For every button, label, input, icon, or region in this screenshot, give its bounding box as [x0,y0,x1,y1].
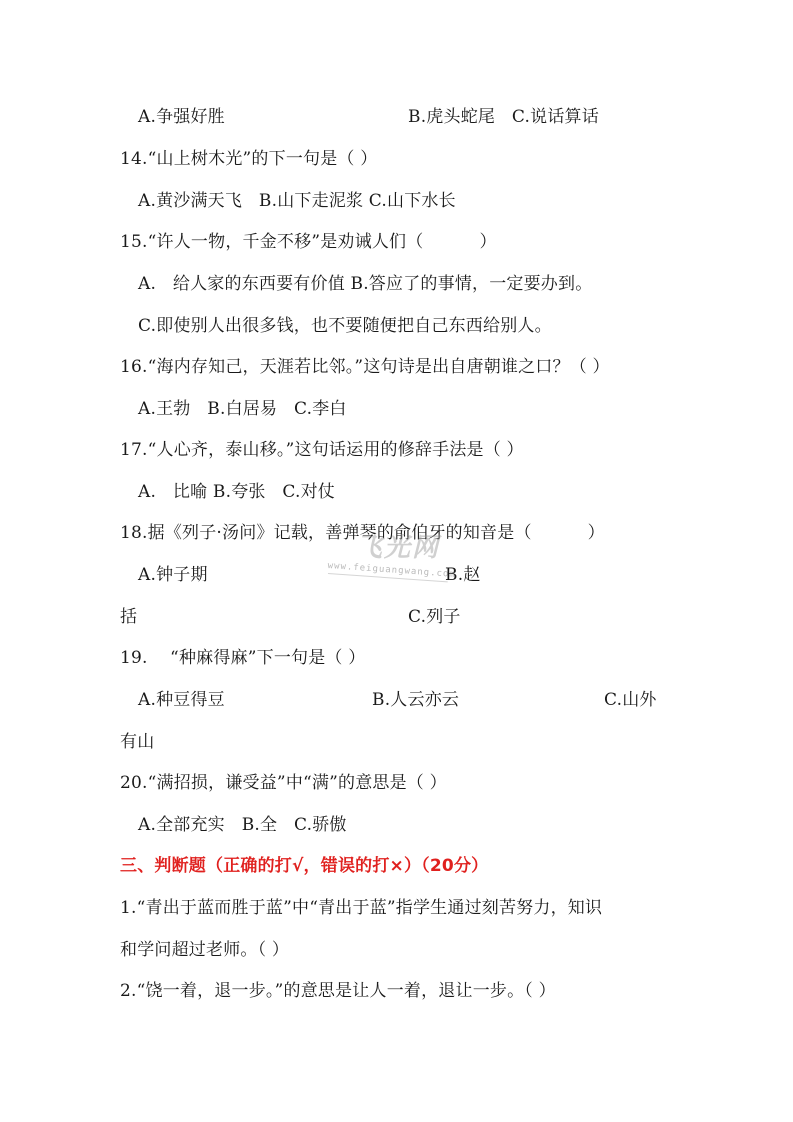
q19-text: 19. “种麻得麻”下一句是（ ） [120,647,365,669]
watermark-url: www.feiguangwang.com [327,561,456,580]
q20-options: A.全部充实 B.全 C.骄傲 [138,814,347,836]
q17-options: A. 比喻 B.夸张 C.对仗 [138,481,335,503]
q15-option-c: C.即使别人出很多钱，也不要随便把自己东西给别人。 [138,315,552,337]
judge-item-2: 2.“饶一着，退一步。”的意思是让人一着，退让一步。（ ） [120,980,556,1002]
q15-text: 15.“许人一物，千金不移”是劝诫人们（ ） [120,231,497,253]
watermark-underline [328,573,448,582]
q16-text: 16.“海内存知己，天涯若比邻。”这句诗是出自唐朝谁之口？（ ） [120,356,610,378]
q19-option-c: C.山外 [604,689,657,711]
q13-option-a: A.争强好胜 [138,106,225,128]
q14-options: A.黄沙满天飞 B.山下走泥浆 C.山下水长 [138,190,456,212]
q18-option-c: C.列子 [408,606,461,628]
q15-option-ab: A. 给人家的东西要有价值 B.答应了的事情，一定要办到。 [138,273,592,295]
q19-option-c-cont: 有山 [120,731,154,753]
judge-item-1-line1: 1.“青出于蓝而胜于蓝”中“青出于蓝”指学生通过刻苦努力，知识 [120,897,602,919]
q20-text: 20.“满招损，谦受益”中“满”的意思是（ ） [120,772,447,794]
q18-option-b: B.赵 [445,564,481,586]
q18-option-a: A.钟子期 [138,564,208,586]
q14-text: 14.“山上树木光”的下一句是（ ） [120,148,377,170]
q19-option-a: A.种豆得豆 [138,689,225,711]
q13-option-bc: B.虎头蛇尾 C.说话算话 [408,106,599,128]
q18-option-b-cont: 括 [120,606,137,628]
q17-text: 17.“人心齐，泰山移。”这句话运用的修辞手法是（ ） [120,439,524,461]
section3-heading: 三、判断题（正确的打√，错误的打×）（20分） [120,855,488,877]
q16-options: A.王勃 B.白居易 C.李白 [138,398,347,420]
q19-option-b: B.人云亦云 [372,689,459,711]
judge-item-1-line2: 和学问超过老师。（ ） [120,939,289,961]
q18-text: 18.据《列子·汤问》记载，善弹琴的俞伯牙的知音是（ ） [120,522,605,544]
